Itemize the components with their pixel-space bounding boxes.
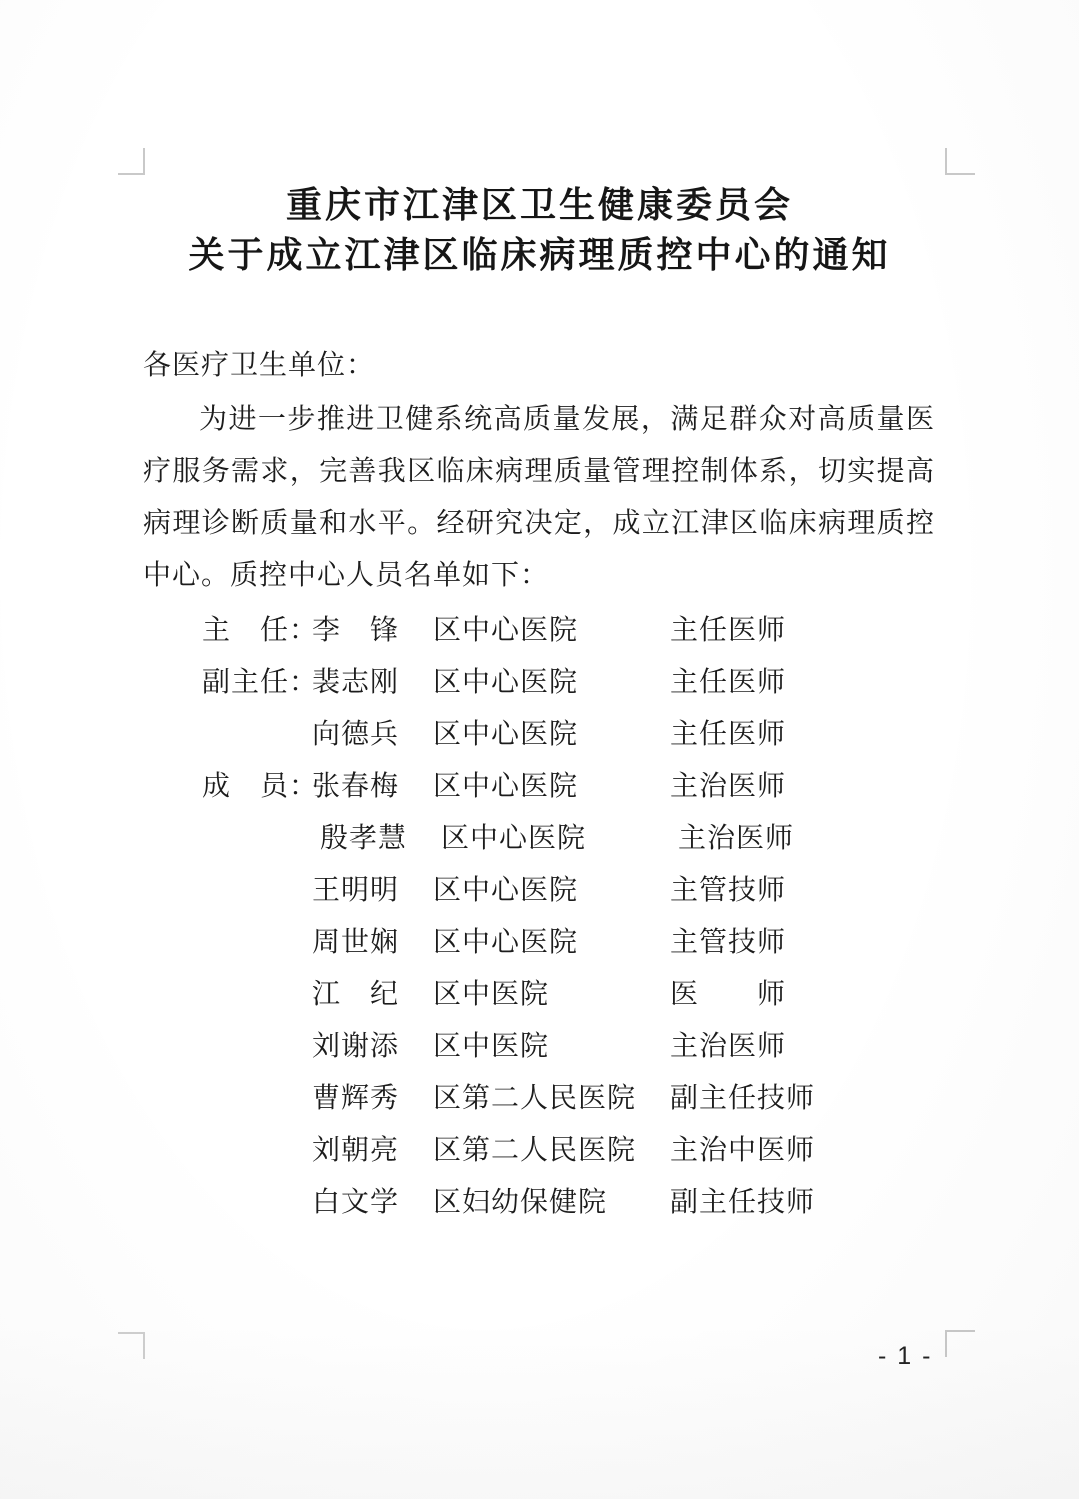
page-number: - 1 - xyxy=(878,1342,932,1371)
roster-title: 主治医师 xyxy=(678,816,823,856)
roster-title: 主管技师 xyxy=(670,868,815,908)
roster-role: 成 员： xyxy=(202,764,312,804)
roster-hospital: 区中心医院 xyxy=(433,608,670,648)
body-line: 病理诊断质量和水平。经研究决定，成立江津区临床病理质控 xyxy=(143,497,935,549)
roster-title: 主任医师 xyxy=(670,712,815,752)
roster-title: 主治医师 xyxy=(670,764,815,804)
crop-mark-top-right-icon xyxy=(945,148,975,175)
roster-row: 刘谢添 区中医院 主治医师 xyxy=(202,1018,815,1070)
body-line: 疗服务需求，完善我区临床病理质量管理控制体系，切实提高 xyxy=(143,445,935,497)
roster-row: 成 员： 张春梅 区中心医院 主治医师 xyxy=(202,758,815,810)
personnel-roster: 主 任： 李 锋 区中心医院 主任医师 副主任： 裴志刚 区中心医院 主任医师 … xyxy=(202,602,815,1226)
roster-role: 主 任： xyxy=(202,608,312,648)
body-line: 为进一步推进卫健系统高质量发展，满足群众对高质量医 xyxy=(143,393,935,445)
roster-row: 周世娴 区中心医院 主管技师 xyxy=(202,914,815,966)
roster-role: 副主任： xyxy=(202,660,312,700)
roster-hospital: 区中心医院 xyxy=(433,764,670,804)
roster-hospital: 区中医院 xyxy=(433,1024,670,1064)
body-paragraph: 为进一步推进卫健系统高质量发展，满足群众对高质量医 疗服务需求，完善我区临床病理… xyxy=(143,393,935,601)
roster-title: 主治中医师 xyxy=(670,1128,815,1168)
roster-name: 向德兵 xyxy=(312,712,433,752)
roster-hospital: 区中心医院 xyxy=(441,816,678,856)
roster-row: 主 任： 李 锋 区中心医院 主任医师 xyxy=(202,602,815,654)
roster-title: 主管技师 xyxy=(670,920,815,960)
roster-name: 裴志刚 xyxy=(312,660,433,700)
roster-name: 刘朝亮 xyxy=(312,1128,433,1168)
roster-hospital: 区妇幼保健院 xyxy=(433,1180,670,1220)
crop-mark-bottom-right-icon xyxy=(945,1330,975,1357)
body-line: 中心。质控中心人员名单如下： xyxy=(143,549,935,601)
roster-hospital: 区中心医院 xyxy=(433,712,670,752)
roster-title: 副主任技师 xyxy=(670,1076,815,1116)
roster-row: 刘朝亮 区第二人民医院 主治中医师 xyxy=(202,1122,815,1174)
salutation: 各医疗卫生单位： xyxy=(143,345,375,385)
roster-name: 刘谢添 xyxy=(312,1024,433,1064)
roster-row: 曹辉秀 区第二人民医院 副主任技师 xyxy=(202,1070,815,1122)
roster-hospital: 区第二人民医院 xyxy=(433,1076,670,1116)
roster-row: 王明明 区中心医院 主管技师 xyxy=(202,862,815,914)
document-title-line-1: 重庆市江津区卫生健康委员会 xyxy=(0,180,1079,230)
roster-hospital: 区第二人民医院 xyxy=(433,1128,670,1168)
roster-name: 王明明 xyxy=(312,868,433,908)
crop-mark-bottom-left-icon xyxy=(118,1332,145,1359)
roster-row: 向德兵 区中心医院 主任医师 xyxy=(202,706,815,758)
roster-name: 周世娴 xyxy=(312,920,433,960)
roster-row: 江 纪 区中医院 医 师 xyxy=(202,966,815,1018)
roster-title: 主任医师 xyxy=(670,608,815,648)
roster-hospital: 区中心医院 xyxy=(433,660,670,700)
roster-title: 医 师 xyxy=(670,972,815,1012)
roster-name: 李 锋 xyxy=(312,608,433,648)
crop-mark-top-left-icon xyxy=(118,148,145,175)
document-title-line-2: 关于成立江津区临床病理质控中心的通知 xyxy=(0,230,1079,280)
roster-row: 殷孝慧 区中心医院 主治医师 xyxy=(210,810,823,862)
roster-hospital: 区中心医院 xyxy=(433,920,670,960)
roster-name: 江 纪 xyxy=(312,972,433,1012)
document-title: 重庆市江津区卫生健康委员会 关于成立江津区临床病理质控中心的通知 xyxy=(0,180,1079,280)
roster-title: 主治医师 xyxy=(670,1024,815,1064)
roster-name: 殷孝慧 xyxy=(320,816,441,856)
roster-name: 曹辉秀 xyxy=(312,1076,433,1116)
document-page: 重庆市江津区卫生健康委员会 关于成立江津区临床病理质控中心的通知 各医疗卫生单位… xyxy=(0,0,1079,1499)
roster-name: 白文学 xyxy=(312,1180,433,1220)
roster-name: 张春梅 xyxy=(312,764,433,804)
roster-hospital: 区中医院 xyxy=(433,972,670,1012)
roster-title: 副主任技师 xyxy=(670,1180,815,1220)
roster-hospital: 区中心医院 xyxy=(433,868,670,908)
roster-row: 副主任： 裴志刚 区中心医院 主任医师 xyxy=(202,654,815,706)
roster-row: 白文学 区妇幼保健院 副主任技师 xyxy=(202,1174,815,1226)
roster-title: 主任医师 xyxy=(670,660,815,700)
